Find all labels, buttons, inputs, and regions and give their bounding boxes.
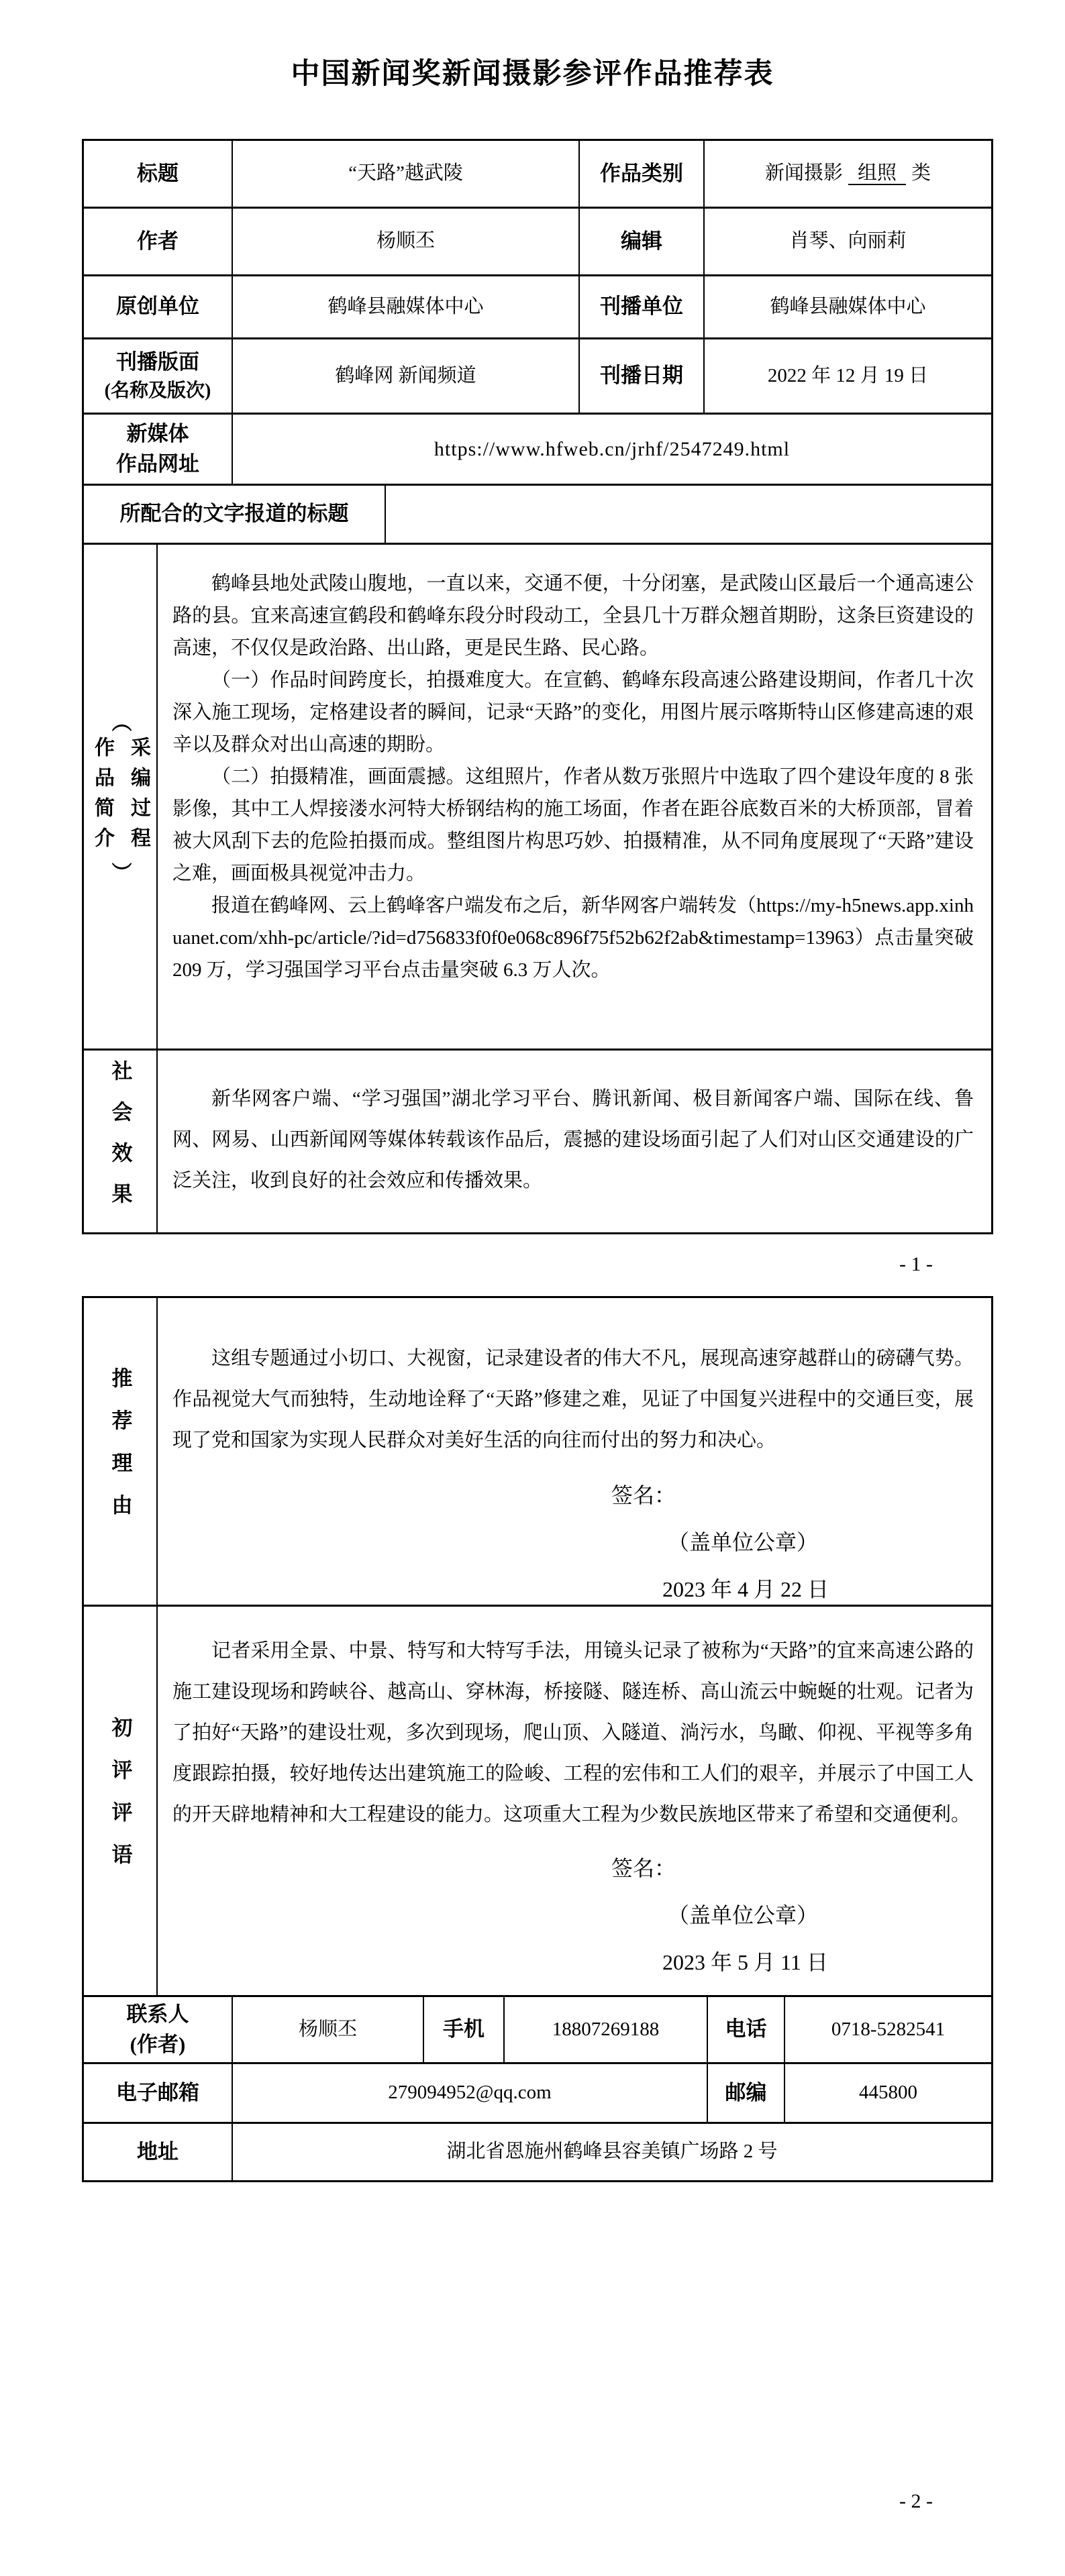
original-unit-value: 鹤峰县融媒体中心 [327,292,483,322]
row-units: 原创单位 鹤峰县融媒体中心 刊播单位 鹤峰县融媒体中心 [84,274,991,337]
review-comment-cell: 记者采用全景、中景、特写和大特写手法，用镜头记录了被称为“天路”的宜来高速公路的… [156,1607,991,1995]
recommend-sign-label: 签名： [611,1472,991,1519]
review-comment-text: 记者采用全景、中景、特写和大特写手法，用镜头记录了被称为“天路”的宜来高速公路的… [172,1631,974,1835]
intro-paren-open: （ [109,712,131,732]
publish-unit-label: 刊播单位 [600,292,683,322]
title-value: “天路”越武陵 [348,159,463,189]
row-contact-person: 联系人 (作者) 杨顺丕 手机 18807269188 电话 0718-5282… [84,1995,991,2062]
work-url-value: https://www.hfweb.cn/jrhf/2547249.html [434,434,790,464]
editor-value: 肖琴、向丽莉 [789,227,906,256]
document-page: 中国新闻奖新闻摄影参评作品推荐表 标题 “天路”越武陵 作品类别 新闻摄影组照类… [0,0,1065,2576]
publish-unit-value: 鹤峰县融媒体中心 [770,292,925,322]
recommend-seal-note: （盖单位公章） [668,1519,991,1566]
row-text-report: 所配合的文字报道的标题 [84,484,991,543]
row-url: 新媒体 作品网址 https://www.hfweb.cn/jrhf/25472… [84,413,991,484]
zip-label: 邮编 [725,2078,767,2108]
review-seal-note: （盖单位公章） [668,1892,991,1939]
email-label: 电子邮箱 [116,2078,199,2108]
intro-paren-close: ） [109,862,131,882]
author-label: 作者 [137,227,179,257]
author-value: 杨顺丕 [376,227,435,256]
layout-value: 鹤峰网 新闻频道 [335,362,476,391]
phone-value: 0718-5282541 [831,2015,945,2045]
contact-person-label-line2: (作者) [130,2030,186,2060]
intro-text: 鹤峰县地处武陵山腹地，一直以来，交通不便，十分闭塞，是武陵山区最后一个通高速公路… [156,545,991,1049]
row-address: 地址 湖北省恩施州鹤峰县容美镇广场路 2 号 [84,2122,991,2180]
recommend-reason-label: 推荐理由 [105,1367,136,1536]
contact-person-value: 杨顺丕 [299,2015,357,2045]
page-number-1: - 1 - [825,1253,1007,1276]
category-underlined: 组照 [848,162,906,185]
page-title: 中国新闻奖新闻摄影参评作品推荐表 [0,51,1065,92]
row-social-effect: 社会效果 新华网客户端、“学习强国”湖北学习平台、腾讯新闻、极目新闻客户端、国际… [84,1049,991,1232]
intro-paragraph-4: 报道在鹤峰网、云上鹤峰客户端发布之后，新华网客户端转发（https://my-h… [172,890,974,986]
review-sign-label: 签名： [611,1845,991,1892]
title-label: 标题 [137,159,179,189]
contact-person-label-line1: 联系人 [127,2000,189,2030]
layout-label-line1: 刊播版面 [116,347,199,378]
category-suffix: 类 [911,162,931,184]
social-effect-text-cell: 新华网客户端、“学习强国”湖北学习平台、腾讯新闻、极目新闻客户端、国际在线、鲁网… [156,1051,991,1232]
entry-info-table: 标题 “天路”越武陵 作品类别 新闻摄影组照类 作者 杨顺丕 编辑 肖琴、向丽莉… [82,139,993,1234]
text-report-label: 所配合的文字报道的标题 [120,499,349,529]
row-recommend-reason: 推荐理由 这组专题通过小切口、大视窗，记录建设者的伟大不凡，展现高速穿越群山的磅… [84,1298,991,1605]
page-number-2: - 2 - [825,2490,1007,2513]
recommendation-table: 推荐理由 这组专题通过小切口、大视窗，记录建设者的伟大不凡，展现高速穿越群山的磅… [82,1296,993,2182]
row-title-category: 标题 “天路”越武陵 作品类别 新闻摄影组照类 [84,141,991,207]
social-effect-text: 新华网客户端、“学习强国”湖北学习平台、腾讯新闻、极目新闻客户端、国际在线、鲁网… [172,1079,974,1201]
review-sign-date: 2023 年 5 月 11 日 [662,1939,991,1986]
intro-label: （ 作品简介 采编过程 ） [84,545,156,1049]
intro-label-columns: 作品简介 采编过程 [87,737,153,857]
review-signature-block: 签名： （盖单位公章） 2023 年 5 月 11 日 [611,1845,991,1986]
review-comment-label: 初评评语 [105,1717,136,1886]
email-value: 279094952@qq.com [388,2078,551,2108]
row-review-comment: 初评评语 记者采用全景、中景、特写和大特写手法，用镜头记录了被称为“天路”的宜来… [84,1605,991,1995]
publish-date-value: 2022 年 12 月 19 日 [768,362,928,391]
intro-paragraph-1: 鹤峰县地处武陵山腹地，一直以来，交通不便，十分闭塞，是武陵山区最后一个通高速公路… [172,568,974,664]
original-unit-label: 原创单位 [116,292,199,322]
zip-value: 445800 [859,2078,917,2108]
phone-label: 电话 [725,2015,767,2045]
recommend-sign-date: 2023 年 4 月 22 日 [662,1566,991,1605]
row-layout-date: 刊播版面 (名称及版次) 鹤峰网 新闻频道 刊播日期 2022 年 12 月 1… [84,337,991,413]
row-email-zip: 电子邮箱 279094952@qq.com 邮编 445800 [84,2062,991,2122]
category-label: 作品类别 [600,159,683,189]
publish-date-label: 刊播日期 [600,361,683,391]
recommend-reason-cell: 这组专题通过小切口、大视窗，记录建设者的伟大不凡，展现高速穿越群山的磅礴气势。作… [156,1298,991,1605]
editor-label: 编辑 [621,227,662,257]
intro-paragraph-2: （一）作品时间跨度长，拍摄难度大。在宣鹤、鹤峰东段高速公路建设期间，作者几十次深… [172,664,974,761]
intro-label-col1: 作品简介 [87,737,117,857]
category-prefix: 新闻摄影 [765,162,843,184]
category-value: 新闻摄影组照类 [765,159,931,189]
row-intro: （ 作品简介 采编过程 ） 鹤峰县地处武陵山腹地，一直以来，交通不便，十分闭塞，… [84,543,991,1049]
recommend-signature-block: 签名： （盖单位公章） 2023 年 4 月 22 日 [611,1472,991,1605]
layout-label-line2: (名称及版次) [105,378,211,405]
url-label-line2: 作品网址 [116,449,199,480]
recommend-reason-text: 这组专题通过小切口、大视窗，记录建设者的伟大不凡，展现高速穿越群山的磅礴气势。作… [172,1338,974,1461]
intro-paragraph-3: （二）拍摄精准，画面震撼。这组照片，作者从数万张照片中选取了四个建设年度的 8 … [172,761,974,890]
mobile-value: 18807269188 [552,2015,660,2045]
intro-label-col2: 采编过程 [123,737,153,857]
mobile-label: 手机 [443,2015,485,2045]
address-value: 湖北省恩施州鹤峰县容美镇广场路 2 号 [446,2137,777,2167]
url-label-line1: 新媒体 [127,419,189,449]
address-label: 地址 [137,2137,179,2167]
row-author-editor: 作者 杨顺丕 编辑 肖琴、向丽莉 [84,207,991,274]
social-effect-label: 社会效果 [105,1060,136,1224]
